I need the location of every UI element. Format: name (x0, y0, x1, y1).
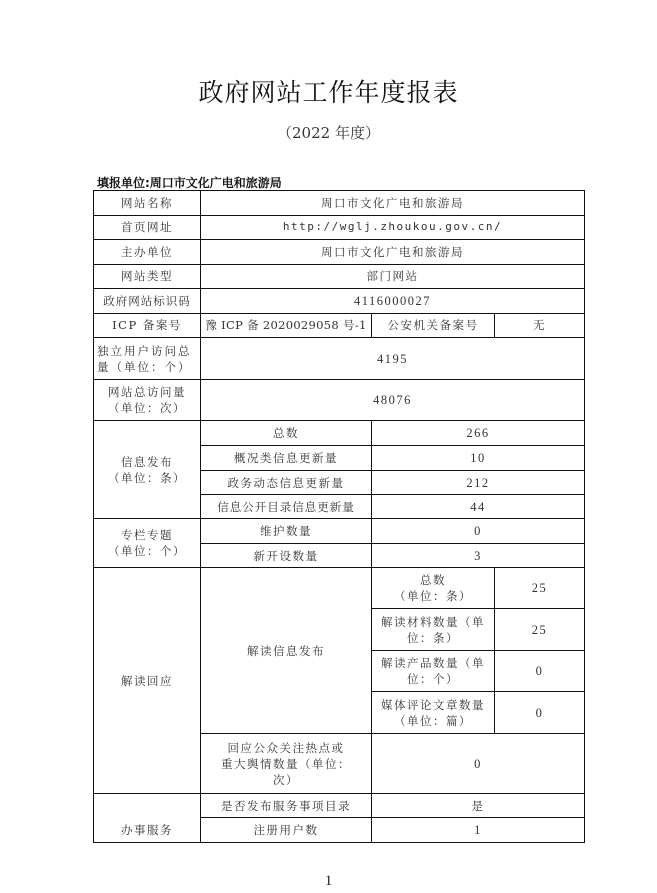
total-visits-value: 48076 (201, 380, 585, 421)
info-release-label-line2: （单位：条） (97, 470, 197, 486)
table-row-info-release-total: 信息发布 （单位：条） 总数 266 (94, 421, 585, 446)
icp-value: 豫 ICP 备 2020029058 号-1 (201, 313, 372, 338)
interpretation-row-value: 0 (495, 651, 585, 692)
special-columns-label-line1: 专栏专题 (97, 527, 197, 543)
interpretation-row-label-line1: 解读产品数量（单 (375, 655, 491, 671)
total-visits-label-line1: 网站总访问量 (97, 384, 197, 400)
info-release-label: 信息发布 （单位：条） (94, 421, 201, 519)
table-row-site-name: 网站名称 周口市文化广电和旅游局 (94, 191, 585, 216)
site-name-label: 网站名称 (94, 191, 201, 216)
info-release-row-label: 政务动态信息更新量 (201, 471, 372, 495)
response-label-line1: 回应公众关注热点或 (204, 740, 368, 756)
info-release-row-value: 212 (372, 471, 585, 495)
response-label: 回应公众关注热点或 重大舆情数量（单位： 次） (201, 734, 372, 794)
report-table: 网站名称 周口市文化广电和旅游局 首页网址 http://wglj.zhouko… (93, 190, 585, 843)
interpretation-row-value: 0 (495, 692, 585, 734)
special-columns-row-value: 3 (372, 544, 585, 568)
page-number: 1 (0, 873, 657, 890)
interpretation-row-label-line1: 解读材料数量（单 (375, 614, 491, 630)
icp-label: ICP 备案号 (94, 313, 201, 338)
services-label: 办事服务 (94, 794, 201, 843)
special-columns-row-label: 维护数量 (201, 519, 372, 544)
services-row-label: 注册用户数 (201, 818, 372, 843)
interpretation-row-label: 媒体评论文章数量 （单位：篇） (372, 692, 495, 734)
special-columns-row-value: 0 (372, 519, 585, 544)
interpretation-row-label-line2: （单位：篇） (375, 713, 491, 729)
table-row-sponsor: 主办单位 周口市文化广电和旅游局 (94, 240, 585, 265)
fill-unit-label: 填报单位:周口市文化广电和旅游局 (97, 174, 282, 191)
unique-visitors-value: 4195 (201, 338, 585, 380)
table-row-icp: ICP 备案号 豫 ICP 备 2020029058 号-1 公安机关备案号 无 (94, 313, 585, 338)
interpretation-release-label: 解读信息发布 (201, 568, 372, 734)
services-row-label: 是否发布服务事项目录 (201, 794, 372, 818)
report-year: （2022 年度） (0, 122, 657, 143)
table-row-site-id-code: 政府网站标识码 4116000027 (94, 289, 585, 314)
special-columns-label-line2: （单位：个） (97, 543, 197, 559)
info-release-row-label: 信息公开目录信息更新量 (201, 495, 372, 519)
services-row-value: 是 (372, 794, 585, 818)
info-release-row-value: 44 (372, 495, 585, 519)
homepage-url-value: http://wglj.zhoukou.gov.cn/ (201, 215, 585, 240)
police-record-label: 公安机关备案号 (372, 313, 495, 338)
total-visits-label: 网站总访问量 （单位：次） (94, 380, 201, 421)
page-title: 政府网站工作年度报表 (0, 73, 657, 109)
response-label-line3: 次） (204, 772, 368, 788)
info-release-row-label: 概况类信息更新量 (201, 446, 372, 471)
response-label-line2: 重大舆情数量（单位： (204, 756, 368, 772)
response-value: 0 (372, 734, 585, 794)
interpretation-row-label-line2: （单位：条） (375, 588, 491, 604)
info-release-row-value: 266 (372, 421, 585, 446)
unique-visitors-label: 独立用户访问总量（单位：个） (94, 338, 201, 380)
table-row-unique-visitors: 独立用户访问总量（单位：个） 4195 (94, 338, 585, 380)
table-row-interpretation-total: 解读回应 解读信息发布 总数 （单位：条） 25 (94, 568, 585, 609)
table-row-total-visits: 网站总访问量 （单位：次） 48076 (94, 380, 585, 421)
sponsor-label: 主办单位 (94, 240, 201, 265)
interpretation-label: 解读回应 (94, 568, 201, 794)
table-row-special-maintain: 专栏专题 （单位：个） 维护数量 0 (94, 519, 585, 544)
table-row-services-catalog: 办事服务 是否发布服务事项目录 是 (94, 794, 585, 818)
site-name-value: 周口市文化广电和旅游局 (201, 191, 585, 216)
homepage-url-label: 首页网址 (94, 215, 201, 240)
interpretation-row-label: 解读产品数量（单 位：个） (372, 651, 495, 692)
interpretation-row-label: 解读材料数量（单 位：条） (372, 609, 495, 651)
special-columns-row-label: 新开设数量 (201, 544, 372, 568)
police-record-value: 无 (495, 313, 585, 338)
table-row-site-type: 网站类型 部门网站 (94, 264, 585, 289)
interpretation-row-label-line1: 总数 (375, 572, 491, 588)
info-release-row-value: 10 (372, 446, 585, 471)
interpretation-row-label-line2: 位：个） (375, 671, 491, 687)
site-id-code-value: 4116000027 (201, 289, 585, 314)
interpretation-row-label: 总数 （单位：条） (372, 568, 495, 609)
site-type-label: 网站类型 (94, 264, 201, 289)
info-release-row-label: 总数 (201, 421, 372, 446)
interpretation-row-value: 25 (495, 609, 585, 651)
services-row-value: 1 (372, 818, 585, 843)
sponsor-value: 周口市文化广电和旅游局 (201, 240, 585, 265)
interpretation-row-label-line2: 位：条） (375, 630, 491, 646)
interpretation-row-value: 25 (495, 568, 585, 609)
interpretation-row-label-line1: 媒体评论文章数量 (375, 697, 491, 713)
site-type-value: 部门网站 (201, 264, 585, 289)
site-id-code-label: 政府网站标识码 (94, 289, 201, 314)
total-visits-label-line2: （单位：次） (97, 400, 197, 416)
table-row-homepage-url: 首页网址 http://wglj.zhoukou.gov.cn/ (94, 215, 585, 240)
special-columns-label: 专栏专题 （单位：个） (94, 519, 201, 568)
info-release-label-line1: 信息发布 (97, 454, 197, 470)
